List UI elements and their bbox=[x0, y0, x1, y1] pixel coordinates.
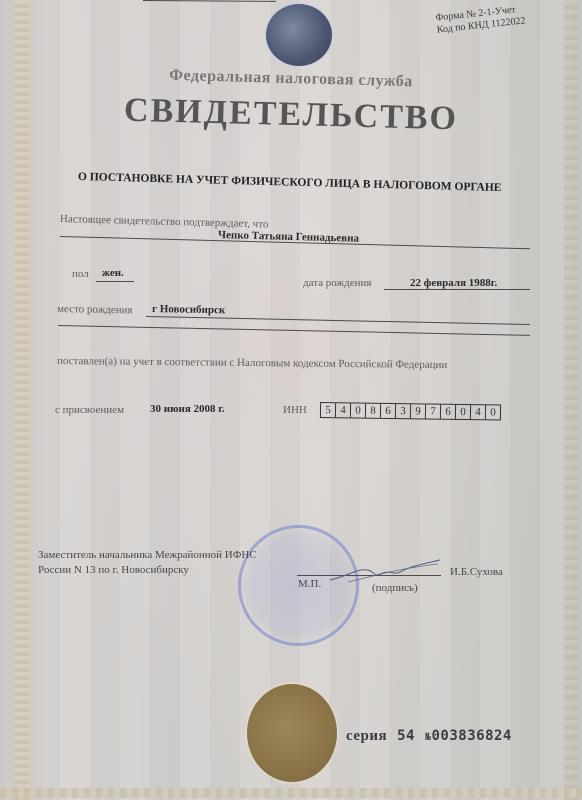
inn-digit: 6 bbox=[381, 404, 396, 418]
assigned-underline bbox=[143, 0, 276, 2]
mp-label: М.П. bbox=[298, 578, 321, 590]
series-value: 54 bbox=[397, 728, 415, 744]
handwritten-signature-icon bbox=[328, 558, 443, 584]
inn-digit: 4 bbox=[471, 405, 486, 419]
inn-digit: 4 bbox=[336, 403, 351, 417]
sex-underline bbox=[96, 281, 134, 282]
decorative-border-bottom bbox=[0, 788, 582, 798]
inn-digit: 8 bbox=[366, 404, 381, 418]
dob-underline bbox=[384, 289, 530, 290]
number-value: 003836824 bbox=[432, 728, 512, 744]
inn-digit: 3 bbox=[396, 404, 411, 418]
inn-digit: 0 bbox=[456, 405, 471, 419]
sex-value: жен. bbox=[102, 267, 124, 279]
gold-seal-icon bbox=[247, 684, 337, 782]
document-subtitle: О ПОСТАНОВКЕ НА УЧЕТ ФИЗИЧЕСКОГО ЛИЦА В … bbox=[78, 171, 502, 194]
inn-digit: 0 bbox=[486, 405, 500, 419]
signature-label: (подпись) bbox=[372, 582, 418, 594]
inn-digit: 5 bbox=[321, 403, 336, 417]
certificate-document: Форма № 2-1-Учет Код по КНД 1122022 Феде… bbox=[0, 0, 582, 800]
document-title: СВИДЕТЕЛЬСТВО bbox=[0, 88, 582, 141]
eagle-watermark-icon bbox=[170, 235, 410, 455]
series-label: серия bbox=[346, 728, 387, 744]
inn-digit: 7 bbox=[426, 404, 441, 418]
confirms-label: Настоящее свидетельство подтверждает, чт… bbox=[60, 213, 269, 230]
dob-value: 22 февраля 1988г. bbox=[410, 277, 497, 289]
official-title-line1: Заместитель начальника Межрайонной ИФНС bbox=[38, 549, 257, 561]
full-name: Чепко Татьяна Геннадьевна bbox=[218, 229, 359, 245]
inn-digit-boxes: 540863976040 bbox=[320, 402, 501, 421]
birthplace-label: место рождения bbox=[57, 303, 133, 316]
inn-digit: 9 bbox=[411, 404, 426, 418]
form-code: Форма № 2-1-Учет Код по КНД 1122022 bbox=[435, 3, 526, 36]
birthplace-value: г Новосибирск bbox=[152, 303, 225, 316]
inn-digit: 6 bbox=[441, 405, 456, 419]
assigned-label: с присвоением bbox=[55, 404, 124, 416]
assigned-date: 30 июня 2008 г. bbox=[150, 403, 225, 415]
inn-digit: 0 bbox=[351, 403, 366, 417]
hologram-seal-icon bbox=[266, 4, 332, 66]
signer-name: И.Б.Сухова bbox=[450, 566, 503, 578]
sex-label: пол bbox=[72, 268, 89, 280]
serial-number: серия54№003836824 bbox=[346, 728, 512, 745]
inn-label: ИНН bbox=[283, 404, 307, 416]
dob-label: дата рождения bbox=[303, 277, 371, 289]
official-title-line2: России N 13 по г. Новосибирску bbox=[38, 564, 189, 576]
